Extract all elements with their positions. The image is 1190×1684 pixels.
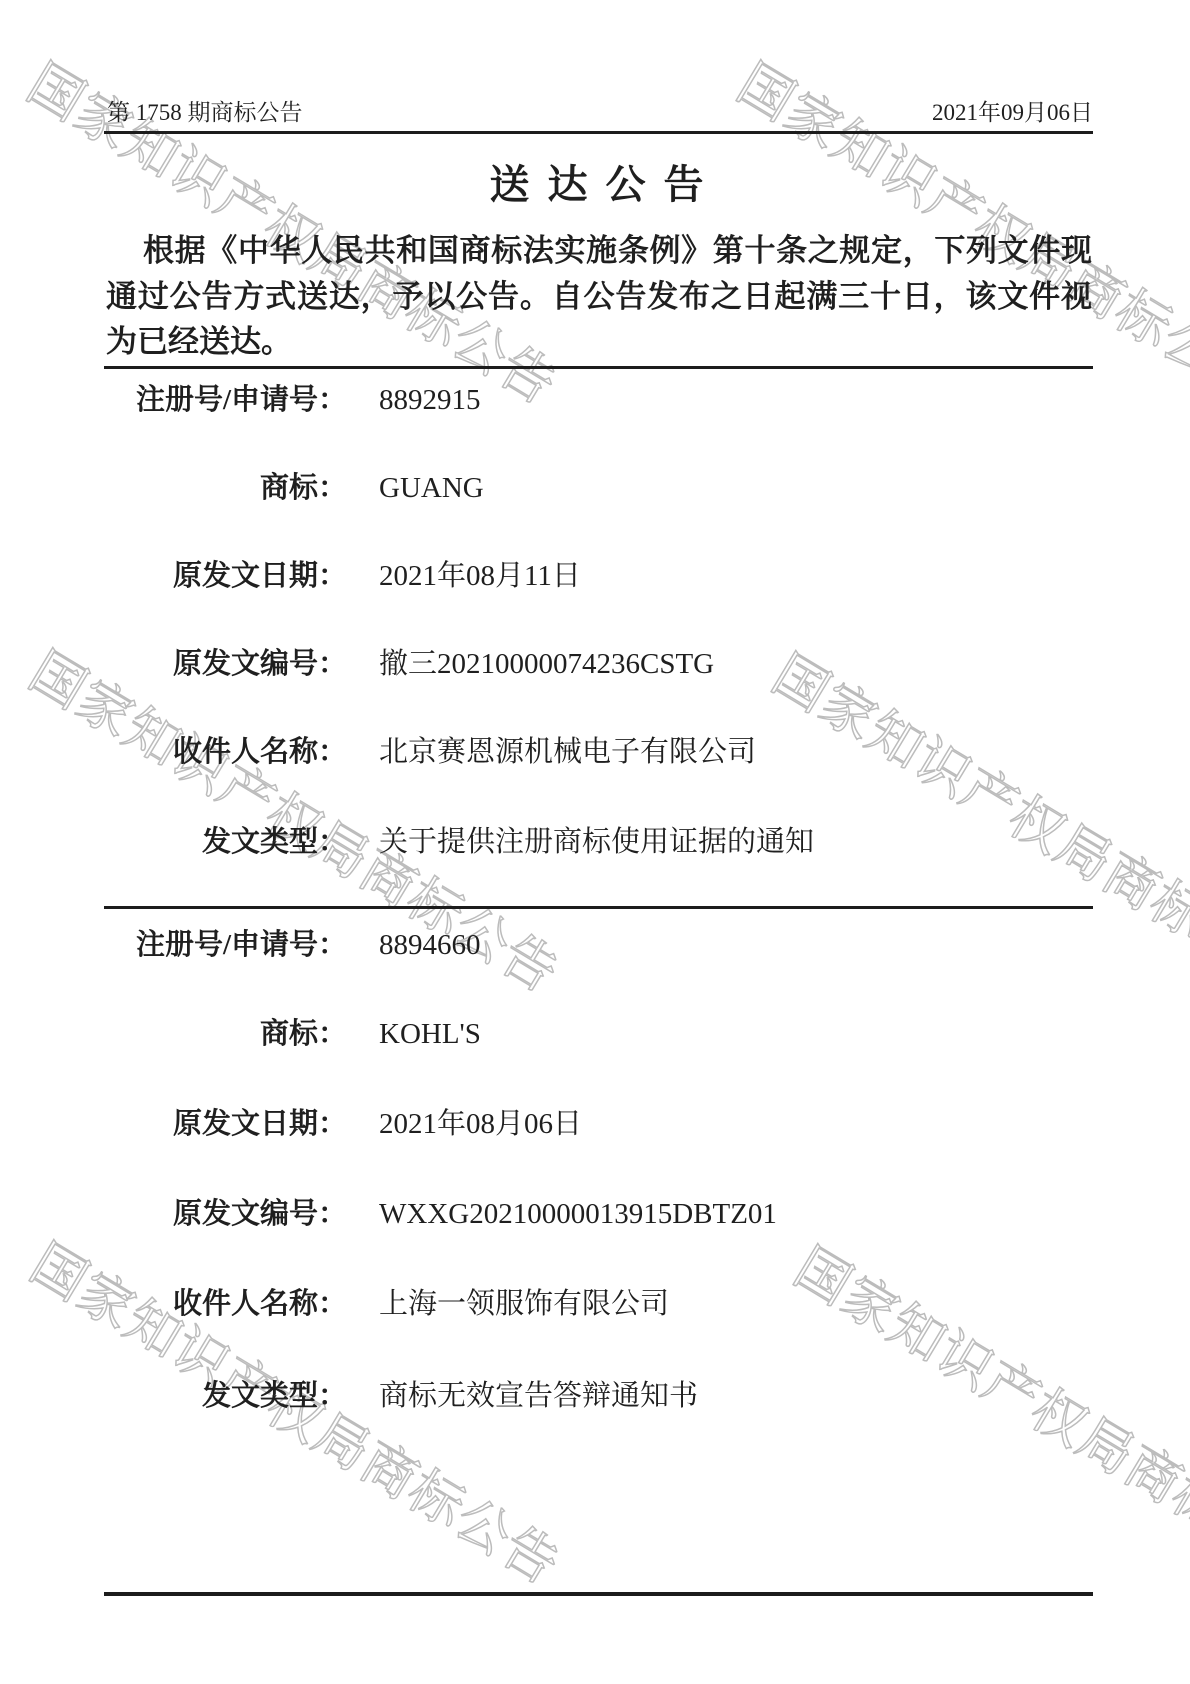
field-label: 商标： <box>104 1016 347 1052</box>
field-row: 商标： KOHL'S <box>0 1016 1190 1052</box>
field-label: 原发文编号： <box>104 1196 347 1232</box>
field-row: 注册号/申请号： 8894660 <box>0 927 1190 963</box>
field-value: 关于提供注册商标使用证据的通知 <box>379 824 1130 860</box>
field-value: 8892915 <box>379 382 1130 418</box>
field-label: 收件人名称： <box>104 734 347 770</box>
field-row: 商标： GUANG <box>0 470 1190 506</box>
field-row: 收件人名称： 北京赛恩源机械电子有限公司 <box>0 734 1190 770</box>
field-value: 8894660 <box>379 927 1130 963</box>
field-row: 发文类型： 关于提供注册商标使用证据的通知 <box>0 824 1190 860</box>
field-label: 发文类型： <box>104 1378 347 1414</box>
field-label: 注册号/申请号： <box>104 382 347 418</box>
record-separator <box>104 906 1093 909</box>
field-value: 上海一领服饰有限公司 <box>379 1286 1130 1322</box>
page-title: 送 达 公 告 <box>104 153 1093 210</box>
field-value: 2021年08月11日 <box>379 558 1130 594</box>
issue-number: 第 1758 期商标公告 <box>107 94 303 127</box>
field-label: 收件人名称： <box>104 1286 347 1322</box>
field-row: 发文类型： 商标无效宣告答辩通知书 <box>0 1378 1190 1414</box>
field-label: 原发文日期： <box>104 1106 347 1142</box>
field-row: 原发文编号： WXXG20210000013915DBTZ01 <box>0 1196 1190 1232</box>
field-row: 原发文日期： 2021年08月06日 <box>0 1106 1190 1142</box>
field-row: 原发文编号： 撤三20210000074236CSTG <box>0 646 1190 682</box>
field-value: 2021年08月06日 <box>379 1106 1130 1142</box>
field-value: KOHL'S <box>379 1016 1130 1052</box>
record-separator <box>104 366 1093 369</box>
page-content: 第 1758 期商标公告 2021年09月06日 送 达 公 告 根据《中华人民… <box>0 0 1190 1684</box>
field-label: 原发文日期： <box>104 558 347 594</box>
field-label: 注册号/申请号： <box>104 927 347 963</box>
field-row: 注册号/申请号： 8892915 <box>0 382 1190 418</box>
field-value: WXXG20210000013915DBTZ01 <box>379 1196 1130 1232</box>
field-value: 商标无效宣告答辩通知书 <box>379 1378 1130 1414</box>
field-label: 原发文编号： <box>104 646 347 682</box>
intro-paragraph: 根据《中华人民共和国商标法实施条例》第十条之规定，下列文件现通过公告方式送达，予… <box>106 228 1092 365</box>
field-value: 撤三20210000074236CSTG <box>379 646 1130 682</box>
field-value: GUANG <box>379 470 1130 506</box>
field-row: 原发文日期： 2021年08月11日 <box>0 558 1190 594</box>
field-label: 商标： <box>104 470 347 506</box>
publication-date: 2021年09月06日 <box>932 94 1093 127</box>
bottom-rule <box>104 1592 1093 1596</box>
header-rule <box>104 131 1093 134</box>
gazette-page: 国家知识产权局商标公告 国家知识产权局商标公告 国家知识产权局商标公告 国家知识… <box>0 0 1190 1684</box>
field-row: 收件人名称： 上海一领服饰有限公司 <box>0 1286 1190 1322</box>
field-label: 发文类型： <box>104 824 347 860</box>
field-value: 北京赛恩源机械电子有限公司 <box>379 734 1130 770</box>
